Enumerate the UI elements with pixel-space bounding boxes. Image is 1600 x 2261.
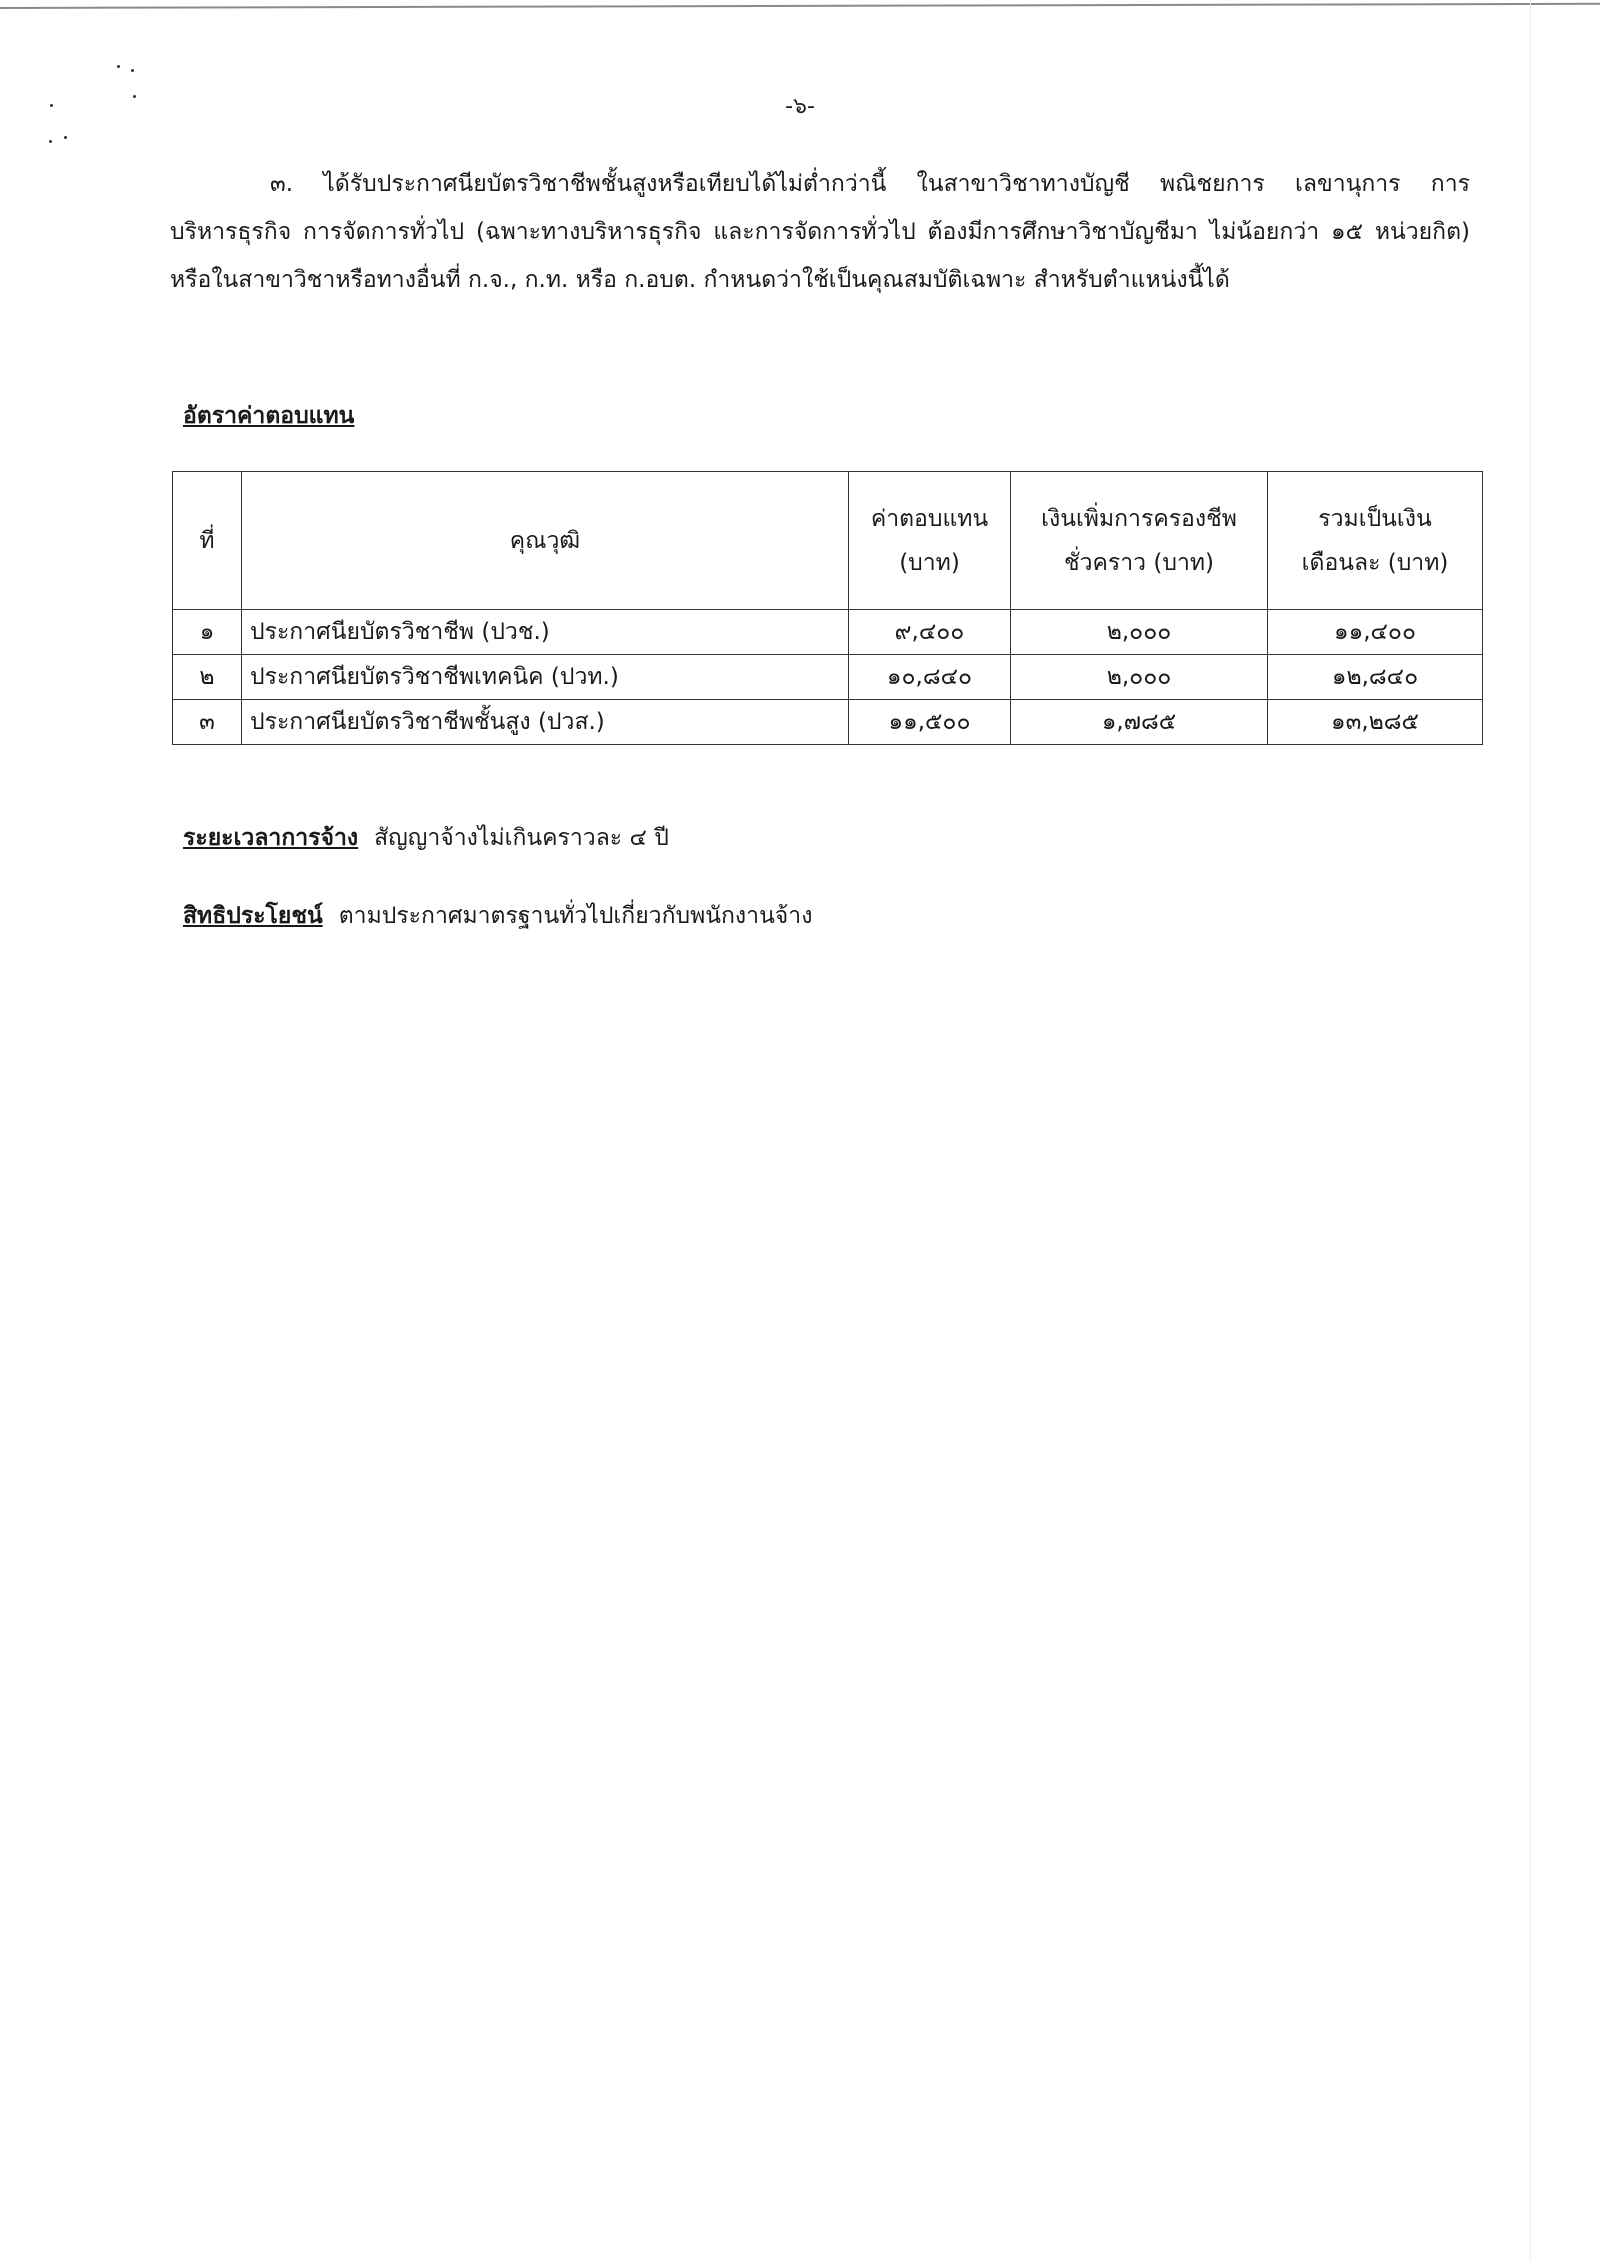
header-pay: ค่าตอบแทน (บาท)	[849, 472, 1011, 610]
row-qualification: ประกาศนียบัตรวิชาชีพ (ปวช.)	[242, 610, 849, 655]
row-qualification: ประกาศนียบัตรวิชาชีพเทคนิค (ปวท.)	[242, 655, 849, 700]
benefits: สิทธิประโยชน์ตามประกาศมาตรฐานทั่วไปเกี่ย…	[183, 898, 812, 934]
row-no: ๓	[173, 700, 242, 745]
scan-side-edge	[1530, 0, 1531, 2261]
scan-speck	[64, 136, 67, 139]
table-row: ๓ ประกาศนียบัตรวิชาชีพชั้นสูง (ปวส.) ๑๑,…	[173, 700, 1483, 745]
header-pay-line2: (บาท)	[857, 541, 1002, 585]
row-pay: ๑๐,๘๔๐	[849, 655, 1011, 700]
row-no: ๑	[173, 610, 242, 655]
table-header-row: ที่ คุณวุฒิ ค่าตอบแทน (บาท) เงินเพิ่มการ…	[173, 472, 1483, 610]
header-allowance: เงินเพิ่มการครองชีพ ชั่วคราว (บาท)	[1011, 472, 1268, 610]
table-row: ๑ ประกาศนียบัตรวิชาชีพ (ปวช.) ๙,๔๐๐ ๒,๐๐…	[173, 610, 1483, 655]
employment-period: ระยะเวลาการจ้างสัญญาจ้างไม่เกินคราวละ ๔ …	[183, 820, 669, 856]
scan-top-edge	[0, 3, 1600, 9]
scan-speck	[131, 69, 134, 72]
row-allowance: ๒,๐๐๐	[1011, 610, 1268, 655]
header-allowance-line1: เงินเพิ่มการครองชีพ	[1019, 497, 1259, 541]
row-total: ๑๑,๔๐๐	[1268, 610, 1483, 655]
row-no: ๒	[173, 655, 242, 700]
row-total: ๑๒,๘๔๐	[1268, 655, 1483, 700]
employment-period-value: สัญญาจ้างไม่เกินคราวละ ๔ ปี	[374, 825, 669, 851]
row-total: ๑๓,๒๘๕	[1268, 700, 1483, 745]
benefits-value: ตามประกาศมาตรฐานทั่วไปเกี่ยวกับพนักงานจ้…	[339, 903, 813, 929]
row-pay: ๙,๔๐๐	[849, 610, 1011, 655]
compensation-heading: อัตราค่าตอบแทน	[183, 398, 354, 434]
page-number: -๖-	[0, 88, 1600, 123]
header-pay-line1: ค่าตอบแทน	[857, 497, 1002, 541]
row-allowance: ๑,๗๘๕	[1011, 700, 1268, 745]
benefits-label: สิทธิประโยชน์	[183, 903, 323, 929]
row-allowance: ๒,๐๐๐	[1011, 655, 1268, 700]
header-no: ที่	[173, 472, 242, 610]
scan-speck	[49, 140, 52, 143]
row-pay: ๑๑,๕๐๐	[849, 700, 1011, 745]
row-qualification: ประกาศนียบัตรวิชาชีพชั้นสูง (ปวส.)	[242, 700, 849, 745]
scan-speck	[117, 65, 120, 68]
header-qualification: คุณวุฒิ	[242, 472, 849, 610]
table-row: ๒ ประกาศนียบัตรวิชาชีพเทคนิค (ปวท.) ๑๐,๘…	[173, 655, 1483, 700]
qualification-paragraph: ๓. ได้รับประกาศนียบัตรวิชาชีพชั้นสูงหรือ…	[170, 160, 1470, 304]
header-total-line2: เดือนละ (บาท)	[1276, 541, 1474, 585]
paragraph-text: ๓. ได้รับประกาศนียบัตรวิชาชีพชั้นสูงหรือ…	[170, 171, 1470, 293]
compensation-table: ที่ คุณวุฒิ ค่าตอบแทน (บาท) เงินเพิ่มการ…	[172, 471, 1483, 745]
header-allowance-line2: ชั่วคราว (บาท)	[1019, 541, 1259, 585]
header-total-line1: รวมเป็นเงิน	[1276, 497, 1474, 541]
employment-period-label: ระยะเวลาการจ้าง	[183, 825, 358, 851]
header-total: รวมเป็นเงิน เดือนละ (บาท)	[1268, 472, 1483, 610]
